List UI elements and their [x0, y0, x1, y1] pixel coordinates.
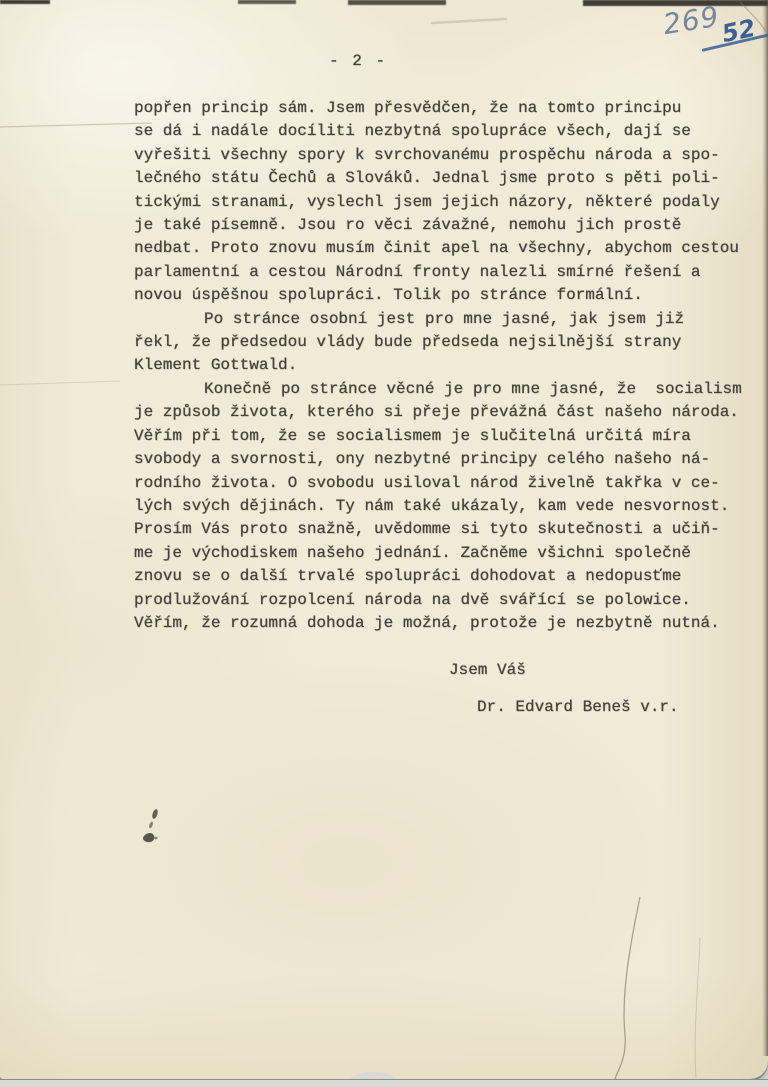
text-line: rodního života. O svobodu usiloval národ… [134, 472, 742, 495]
text-line: je také písemně. Jsou ro věci závažné, n… [134, 214, 742, 237]
page-top-edge [348, 0, 446, 5]
letter-body: popřen princip sám. Jsem přesvědčen, že … [134, 97, 742, 635]
page-top-edge [0, 0, 50, 4]
signature-line: Dr. Edvard Beneš v.r. [477, 698, 679, 716]
text-line: popřen princip sám. Jsem přesvědčen, že … [134, 97, 742, 120]
text-line: parlamentní a cestou Národní fronty nale… [134, 261, 742, 284]
text-line: lečného státu Čechů a Slováků. Jednal js… [134, 167, 742, 190]
text-line: Po stránce osobní jest pro mne jasné, ja… [134, 308, 742, 331]
text-line: prodlužování rozpolcení národa na dvě sv… [134, 589, 742, 612]
text-line: se dá i nadále docíliti nezbytná spolupr… [134, 120, 742, 143]
text-line: Prosím Vás proto snažně, uvědomme si tyt… [134, 518, 742, 541]
scanner-background [0, 1079, 768, 1087]
text-line: je způsob života, kterého si přeje převá… [134, 401, 742, 424]
page-number: - 2 - [329, 52, 387, 70]
page-top-edge [238, 0, 296, 4]
text-line: svobody a svornosti, ony nezbytné princi… [134, 448, 742, 471]
page-right-edge [762, 0, 768, 1056]
text-line: tickými stranami, vyslechl jsem jejich n… [134, 191, 742, 214]
text-line: nedbat. Proto znovu musím činit apel na … [134, 237, 742, 260]
scanned-document-page: 269 52 - 2 - popřen princip sám. Jsem př… [0, 0, 768, 1087]
text-line: Věřím při tom, že se socialismem je sluč… [134, 425, 742, 448]
text-line: vyřešiti všechny spory k svrchovanému pr… [134, 144, 742, 167]
text-line: Věřím, že rozumná dohoda je možná, proto… [134, 612, 742, 635]
page-top-edge [583, 0, 768, 6]
text-line: znovu se o další trvalé spolupráci dohod… [134, 565, 742, 588]
text-line: řekl, že předsedou vlády bude předseda n… [134, 331, 742, 354]
text-line: lých svých dějinách. Ty nám také ukázaly… [134, 495, 742, 518]
ink-blot [138, 804, 168, 852]
text-line: Klement Gottwald. [134, 354, 742, 377]
text-line: novou úspěšnou spolupráci. Tolik po strá… [134, 284, 742, 307]
text-line: Konečně po stránce věcné je pro mne jasn… [134, 378, 742, 401]
handwritten-archival-number: 269 [661, 0, 722, 41]
closing-salutation: Jsem Váš [449, 661, 526, 679]
paper-sheet: 269 52 - 2 - popřen princip sám. Jsem př… [0, 0, 768, 1079]
text-line: me je východiskem našeho jednání. Začněm… [134, 542, 742, 565]
